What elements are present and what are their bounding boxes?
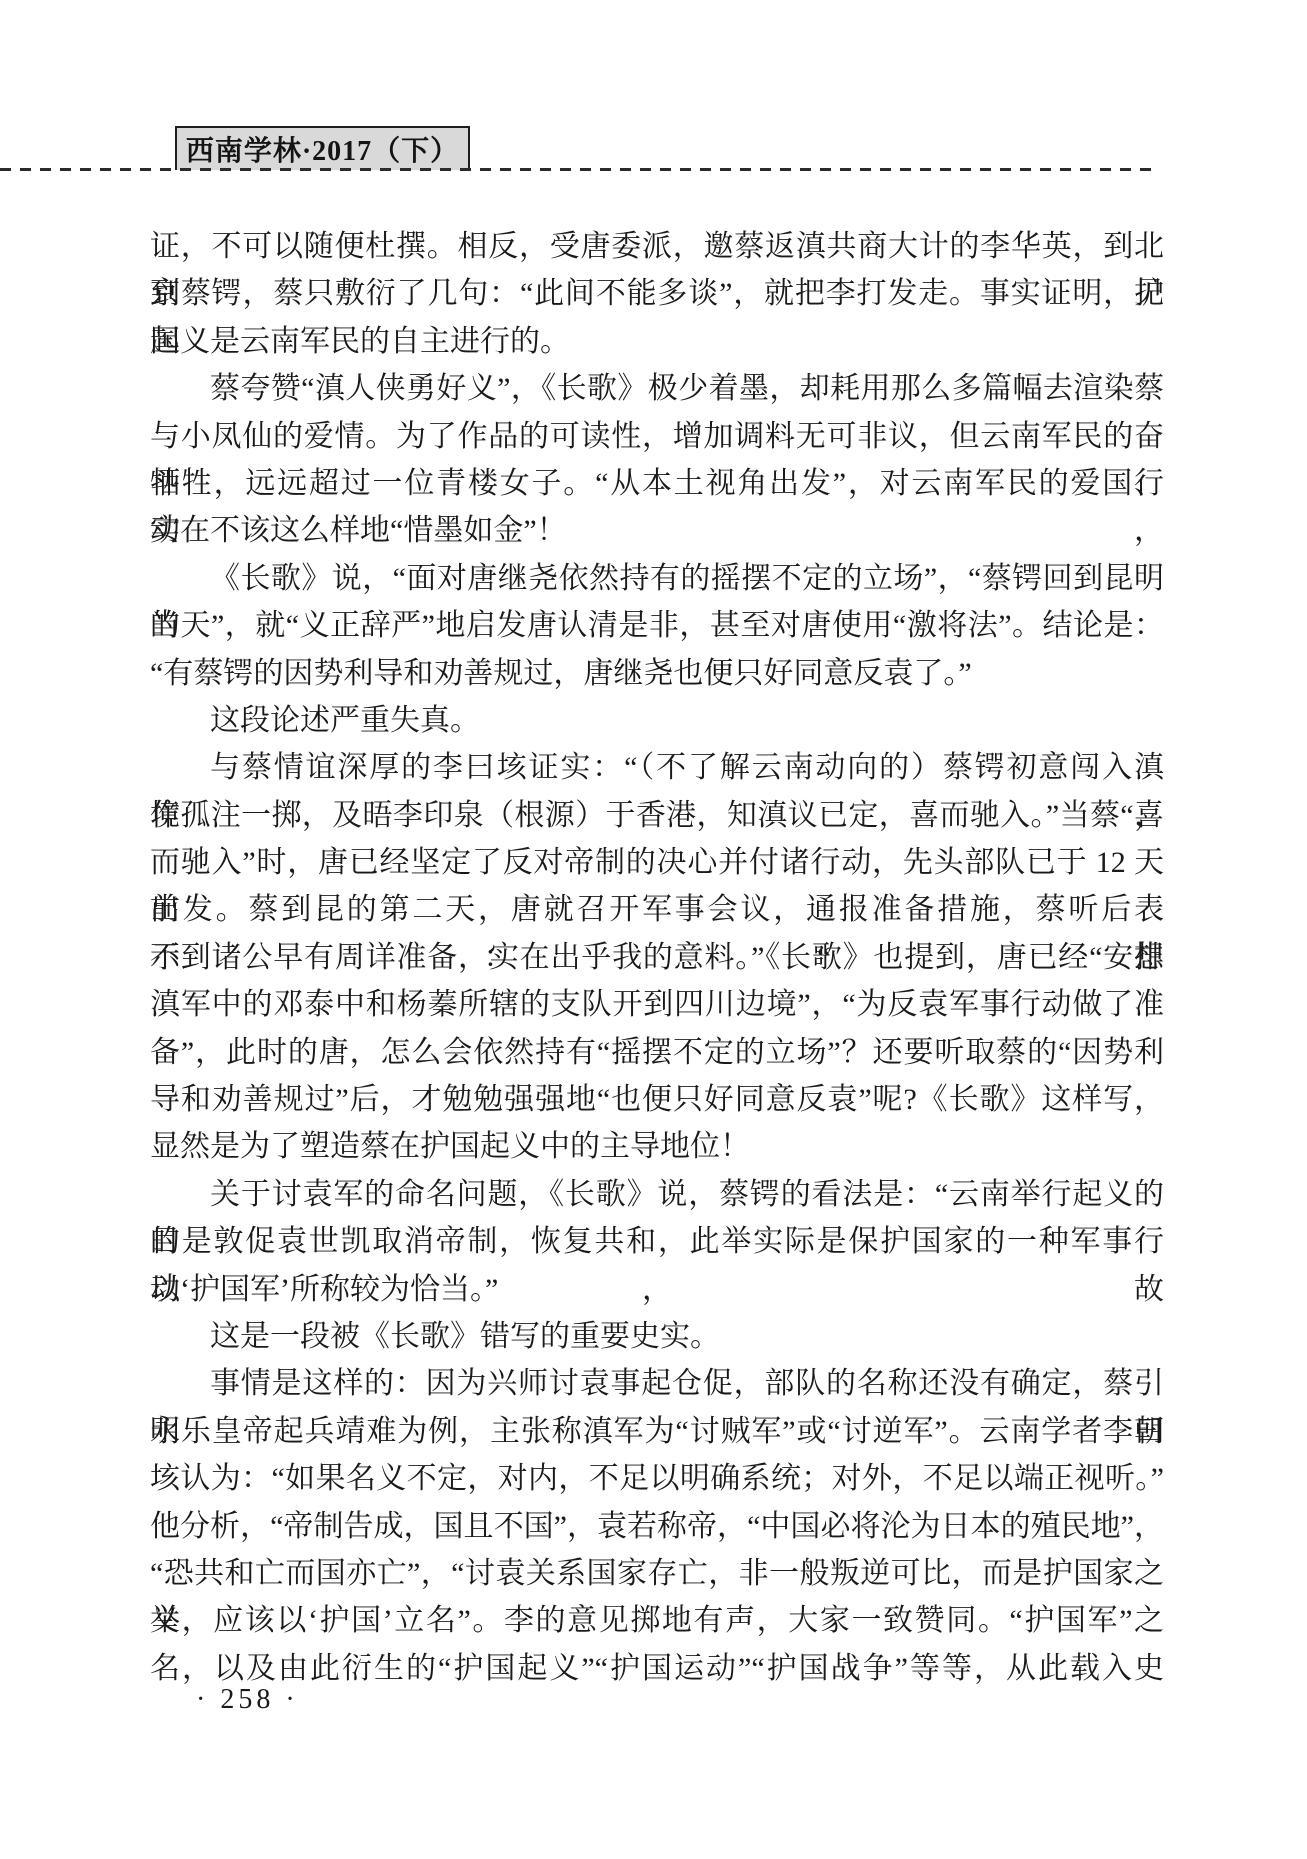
body-text-line: 与小凤仙的爱情。为了作品的可读性，增加调料无可非议，但云南军民的奋斗、 — [150, 413, 1164, 460]
body-text-line: 名，以及由此衍生的“护国起义”“护国运动”“护国战争”等等，从此载入史 — [150, 1645, 1164, 1692]
body-text-line: 蔡夸赞“滇人侠勇好义”，《长歌》极少着墨，却耗用那么多篇幅去渲染蔡 — [150, 365, 1164, 412]
page-title: 西南学林·2017（下） — [186, 129, 459, 169]
body-text-line: 《长歌》说，“面对唐继尧依然持有的摇摆不定的立场”，“蔡锷回到昆明的 — [150, 555, 1164, 602]
body-text-line: 显然是为了塑造蔡在护国起义中的主导地位！ — [150, 1123, 1164, 1170]
body-text-line: 与蔡情谊深厚的李曰垓证实：“（不了解云南动向的）蔡锷初意闯入滇境， — [150, 744, 1164, 791]
document-page: 西南学林·2017（下） 证，不可以随便杜撰。相反，受唐委派，邀蔡返滇共商大计的… — [0, 0, 1307, 1859]
page-number: · 258 · — [196, 1684, 299, 1716]
body-text-line: 起义是云南军民的自主进行的。 — [150, 318, 1164, 365]
body-text-line: 当天”，就“义正辞严”地启发唐认清是非，甚至对唐使用“激将法”。结论是： — [150, 602, 1164, 649]
body-text-line: 备”，此时的唐，怎么会依然持有“摇摆不定的立场”？还要听取蔡的“因势利 — [150, 1029, 1164, 1076]
body-text-line: 这是一段被《长歌》错写的重要史实。 — [150, 1313, 1164, 1360]
body-text-line: 而驰入”时，唐已经坚定了反对帝制的决心并付诸行动，先头部队已于 12 天前 — [150, 839, 1164, 886]
running-header-box: 西南学林·2017（下） — [175, 126, 470, 170]
body-text: 证，不可以随便杜撰。相反，受唐委派，邀蔡返滇共商大计的李华英，到北京见到蔡锷，蔡… — [150, 223, 1164, 1692]
body-text-line: 滇军中的邓泰中和杨蓁所辖的支队开到四川边境”，“为反袁军事行动做了准 — [150, 981, 1164, 1028]
body-text-line: 垓认为：“如果名义不定，对内，不足以明确系统；对外，不足以端正视听。” — [150, 1455, 1164, 1502]
body-text-line: 不到诸公早有周详准备，实在出乎我的意料。”《长歌》也提到，唐已经“安排 — [150, 934, 1164, 981]
body-text-line: 导和劝善规过”后，才勉勉强强地“也便只好同意反袁”呢?《长歌》这样写， — [150, 1076, 1164, 1123]
body-text-line: 证，不可以随便杜撰。相反，受唐委派，邀蔡返滇共商大计的李华英，到北京见 — [150, 223, 1164, 270]
body-text-line: 作孤注一掷，及晤李印泉（根源）于香港，知滇议已定，喜而驰入。”当蔡“喜 — [150, 792, 1164, 839]
body-text-line: 永乐皇帝起兵靖难为例，主张称滇军为“讨贼军”或“讨逆军”。云南学者李曰 — [150, 1408, 1164, 1455]
body-text-line: 关于讨袁军的命名问题，《长歌》说，蔡锷的看法是：“云南举行起义的目 — [150, 1171, 1164, 1218]
body-text-line: 到蔡锷，蔡只敷衍了几句：“此间不能多谈”，就把李打发走。事实证明，护国 — [150, 270, 1164, 317]
body-text-line: 牺牲，远远超过一位青楼女子。“从本土视角出发”，对云南军民的爱国行动， — [150, 460, 1164, 507]
body-text-line: 举，应该以‘护国’立名”。李的意见掷地有声，大家一致赞同。“护国军”之 — [150, 1597, 1164, 1644]
body-text-line: 事情是这样的：因为兴师讨袁事起仓促，部队的名称还没有确定，蔡引明朝 — [150, 1360, 1164, 1407]
body-text-line: “有蔡锷的因势利导和劝善规过，唐继尧也便只好同意反袁了。” — [150, 650, 1164, 697]
body-text-line: 他分析，“帝制告成，国且不国”，袁若称帝，“中国必将沦为日本的殖民地”， — [150, 1503, 1164, 1550]
body-text-line: 的是敦促袁世凯取消帝制，恢复共和，此举实际是保护国家的一种军事行动，故 — [150, 1218, 1164, 1265]
header-dashed-divider — [0, 168, 1155, 171]
body-text-line: 出发。蔡到昆的第二天，唐就召开军事会议，通报准备措施，蔡听后表示：“想 — [150, 886, 1164, 933]
body-text-line: “恐共和亡而国亦亡”，“讨袁关系国家存亡，非一般叛逆可比，而是护国家之义 — [150, 1550, 1164, 1597]
body-text-line: 这段论述严重失真。 — [150, 697, 1164, 744]
